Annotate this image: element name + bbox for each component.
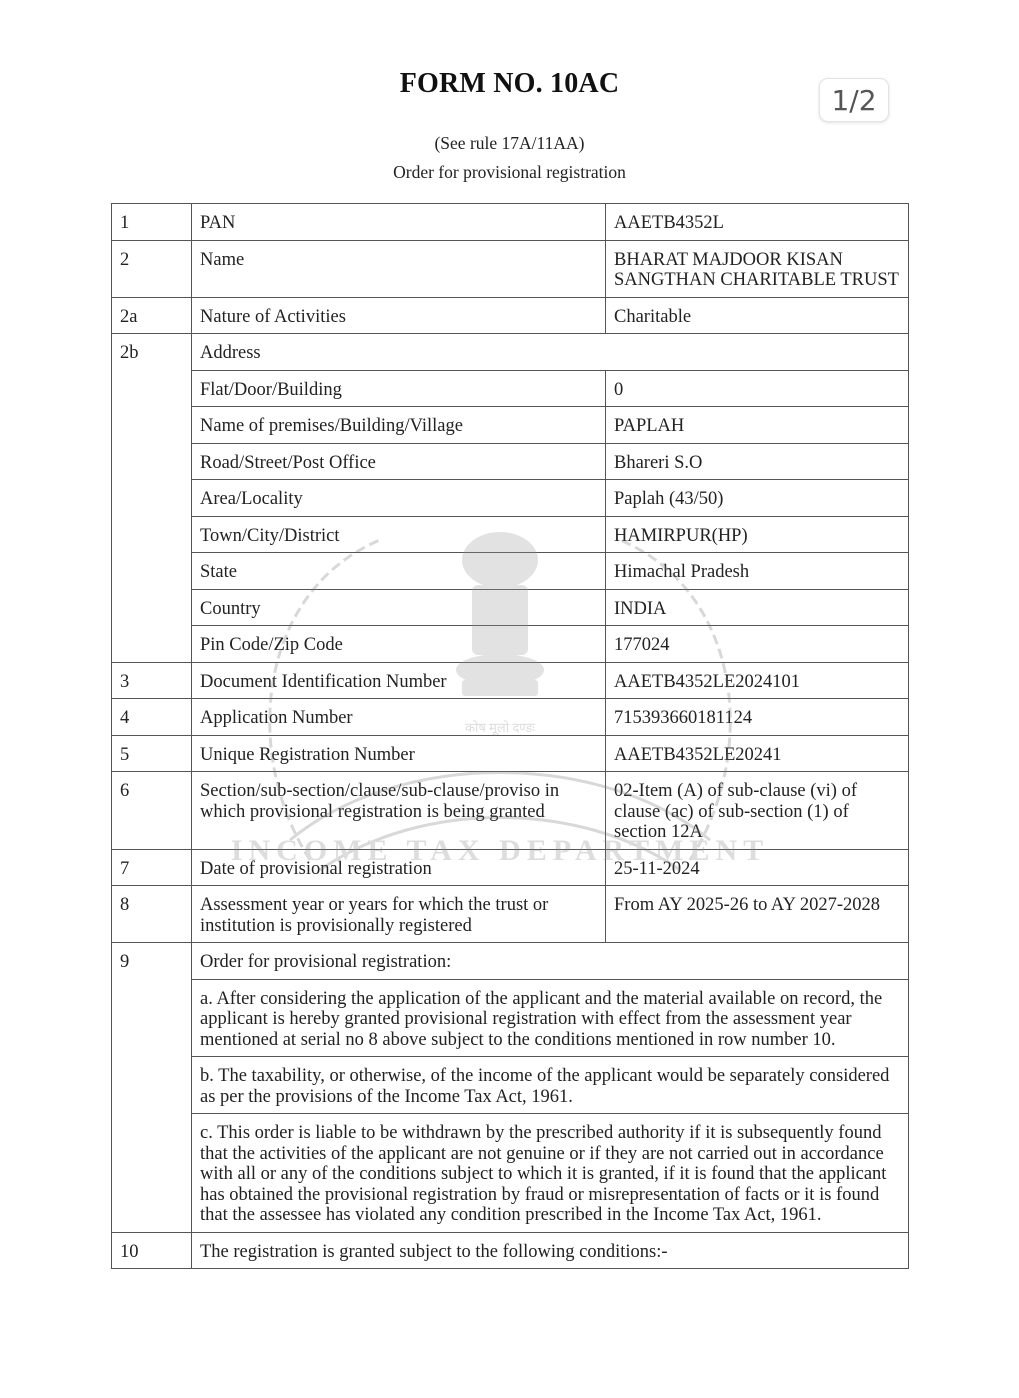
row-label: PAN: [192, 204, 606, 241]
address-value: PAPLAH: [606, 407, 909, 444]
row-number: 1: [112, 204, 192, 241]
row-label: Name: [192, 240, 606, 297]
address-value: Himachal Pradesh: [606, 553, 909, 590]
table-row-section: 6 Section/sub-section/clause/sub-clause/…: [112, 772, 909, 850]
row-label: Unique Registration Number: [192, 735, 606, 772]
address-label: Area/Locality: [192, 480, 606, 517]
table-row-order: 9 Order for provisional registration:: [112, 943, 909, 980]
address-label: Pin Code/Zip Code: [192, 626, 606, 663]
address-label: State: [192, 553, 606, 590]
table-row-urn: 5 Unique Registration Number AAETB4352LE…: [112, 735, 909, 772]
row-number: 7: [112, 849, 192, 886]
form-subtitle: Order for provisional registration: [0, 162, 1019, 183]
address-value: HAMIRPUR(HP): [606, 516, 909, 553]
row-label: Application Number: [192, 699, 606, 736]
address-row: Pin Code/Zip Code 177024: [112, 626, 909, 663]
address-label: Name of premises/Building/Village: [192, 407, 606, 444]
address-value: 0: [606, 370, 909, 407]
address-row: State Himachal Pradesh: [112, 553, 909, 590]
rule-reference: (See rule 17A/11AA): [0, 133, 1019, 154]
order-paragraph-c: c. This order is liable to be withdrawn …: [192, 1114, 909, 1233]
address-label: Country: [192, 589, 606, 626]
order-paragraph: c. This order is liable to be withdrawn …: [112, 1114, 909, 1233]
section-value: 02-Item (A) of sub-clause (vi) of clause…: [606, 772, 909, 850]
order-paragraph: a. After considering the application of …: [112, 979, 909, 1057]
table-row-address: 2b Address: [112, 334, 909, 371]
row-number: 2b: [112, 334, 192, 663]
row-number: 2: [112, 240, 192, 297]
address-label: Town/City/District: [192, 516, 606, 553]
row-number: 6: [112, 772, 192, 850]
name-value: BHARAT MAJDOOR KISAN SANGTHAN CHARITABLE…: [606, 240, 909, 297]
row-label: Assessment year or years for which the t…: [192, 886, 606, 943]
row-number: 9: [112, 943, 192, 1233]
address-label: Road/Street/Post Office: [192, 443, 606, 480]
page-indicator: 1/2: [819, 78, 889, 122]
date-value: 25-11-2024: [606, 849, 909, 886]
row-number: 8: [112, 886, 192, 943]
table-row-date: 7 Date of provisional registration 25-11…: [112, 849, 909, 886]
order-paragraph-b: b. The taxability, or otherwise, of the …: [192, 1057, 909, 1114]
row-number: 4: [112, 699, 192, 736]
address-row: Town/City/District HAMIRPUR(HP): [112, 516, 909, 553]
table-row-din: 3 Document Identification Number AAETB43…: [112, 662, 909, 699]
row-label: Document Identification Number: [192, 662, 606, 699]
nature-value: Charitable: [606, 297, 909, 334]
row-number: 3: [112, 662, 192, 699]
table-row-assessment-years: 8 Assessment year or years for which the…: [112, 886, 909, 943]
row-number: 10: [112, 1232, 192, 1269]
address-value: Paplah (43/50): [606, 480, 909, 517]
row-label: Date of provisional registration: [192, 849, 606, 886]
address-row: Name of premises/Building/Village PAPLAH: [112, 407, 909, 444]
row-label: The registration is granted subject to t…: [192, 1232, 909, 1269]
address-value: 177024: [606, 626, 909, 663]
row-number: 2a: [112, 297, 192, 334]
din-value: AAETB4352LE2024101: [606, 662, 909, 699]
urn-value: AAETB4352LE20241: [606, 735, 909, 772]
row-number: 5: [112, 735, 192, 772]
order-paragraph-a: a. After considering the application of …: [192, 979, 909, 1057]
address-row: Flat/Door/Building 0: [112, 370, 909, 407]
address-row: Country INDIA: [112, 589, 909, 626]
table-row-application: 4 Application Number 715393660181124: [112, 699, 909, 736]
row-label: Order for provisional registration:: [192, 943, 909, 980]
table-row-nature: 2a Nature of Activities Charitable: [112, 297, 909, 334]
table-row-conditions: 10 The registration is granted subject t…: [112, 1232, 909, 1269]
pan-value: AAETB4352L: [606, 204, 909, 241]
address-value: Bhareri S.O: [606, 443, 909, 480]
address-label: Flat/Door/Building: [192, 370, 606, 407]
address-row: Road/Street/Post Office Bhareri S.O: [112, 443, 909, 480]
registration-table: 1 PAN AAETB4352L 2 Name BHARAT MAJDOOR K…: [111, 203, 909, 1269]
table-row-name: 2 Name BHARAT MAJDOOR KISAN SANGTHAN CHA…: [112, 240, 909, 297]
address-row: Area/Locality Paplah (43/50): [112, 480, 909, 517]
order-paragraph: b. The taxability, or otherwise, of the …: [112, 1057, 909, 1114]
row-label: Section/sub-section/clause/sub-clause/pr…: [192, 772, 606, 850]
row-label: Address: [192, 334, 909, 371]
address-value: INDIA: [606, 589, 909, 626]
table-row-pan: 1 PAN AAETB4352L: [112, 204, 909, 241]
application-value: 715393660181124: [606, 699, 909, 736]
assessment-years-value: From AY 2025-26 to AY 2027-2028: [606, 886, 909, 943]
row-label: Nature of Activities: [192, 297, 606, 334]
